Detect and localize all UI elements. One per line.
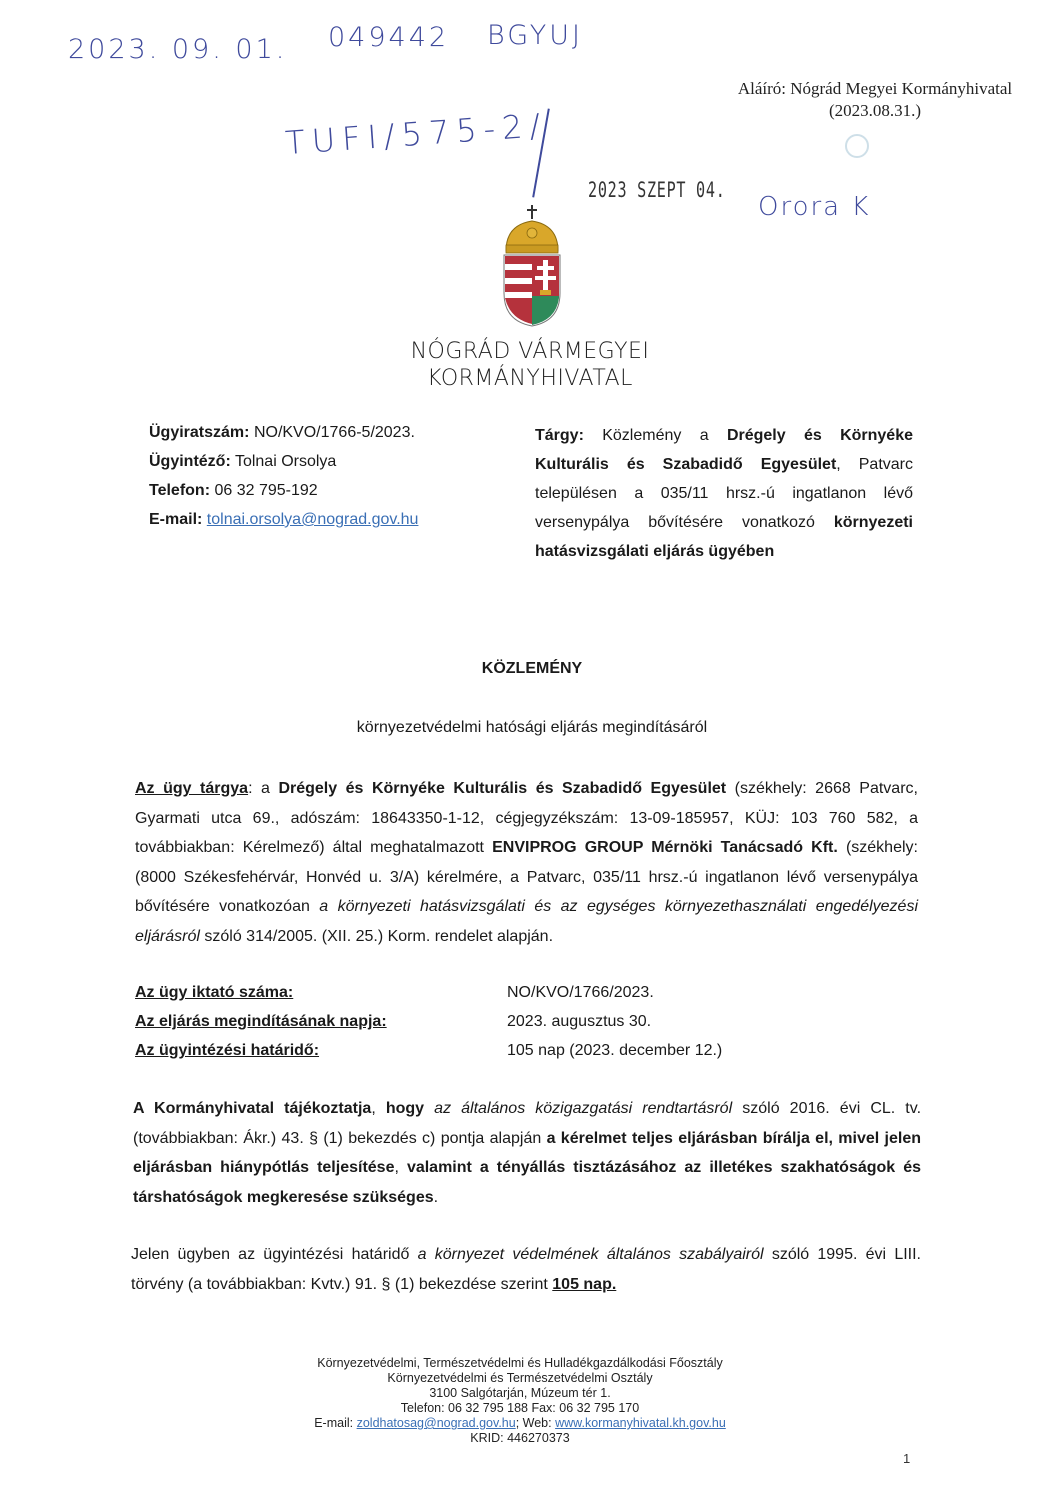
footer-krid: KRID: 446270373 bbox=[0, 1431, 1040, 1446]
handwritten-initials: Orora K bbox=[758, 192, 870, 222]
subject-text-1: Közlemény a bbox=[602, 427, 708, 444]
p2-law-title: az általános közigazgatási rendtartásról bbox=[434, 1100, 732, 1117]
case-number: NO/KVO/1766-5/2023. bbox=[254, 424, 415, 441]
p2-bold-1: A Kormányhivatal tájékoztatja bbox=[133, 1100, 371, 1117]
case-number-label: Ügyiratszám: bbox=[149, 424, 249, 441]
case-info-row: Az ügyintézési határidő: 105 nap (2023. … bbox=[135, 1036, 918, 1065]
p1-text-1: : a bbox=[248, 780, 270, 797]
phone-number: 06 32 795-192 bbox=[214, 482, 317, 499]
case-info-row: Az eljárás megindításának napja: 2023. a… bbox=[135, 1007, 918, 1036]
case-info-row: Az ügy iktató száma: NO/KVO/1766/2023. bbox=[135, 978, 918, 1007]
subject-block: Tárgy: Közlemény a Drégely és Környéke K… bbox=[535, 421, 913, 566]
footer-unit: Környezetvédelmi és Természetvédelmi Osz… bbox=[0, 1371, 1040, 1386]
case-info-value: 105 nap (2023. december 12.) bbox=[507, 1036, 722, 1065]
case-info-label: Az eljárás megindításának napja: bbox=[135, 1007, 507, 1036]
footer-department: Környezetvédelmi, Természetvédelmi és Hu… bbox=[0, 1356, 1040, 1371]
signer-date: (2023.08.31.) bbox=[715, 100, 1035, 122]
p3-text-1: Jelen ügyben az ügyintézési határidő bbox=[131, 1246, 409, 1263]
p2-text-3: , bbox=[394, 1159, 398, 1176]
case-subject-paragraph: Az ügy tárgya: a Drégely és Környéke Kul… bbox=[135, 774, 918, 951]
officer-label: Ügyintéző: bbox=[149, 453, 231, 470]
handwritten-date: 2023. 09. 01. bbox=[68, 34, 287, 65]
handwritten-reference: TUFI/575-2/ bbox=[284, 106, 548, 162]
footer-email-label: E-mail: bbox=[314, 1416, 353, 1430]
document-title: KÖZLEMÉNY bbox=[0, 660, 1058, 678]
signer-name: Aláíró: Nógrád Megyei Kormányhivatal bbox=[715, 78, 1035, 100]
email-label: E-mail: bbox=[149, 511, 202, 528]
p3-deadline: 105 nap. bbox=[552, 1276, 616, 1293]
deadline-paragraph: Jelen ügyben az ügyintézési határidő a k… bbox=[131, 1240, 921, 1299]
handwritten-code: BGYUJ bbox=[487, 20, 583, 51]
email-row: E-mail: tolnai.orsolya@nograd.gov.hu bbox=[149, 505, 509, 534]
signer-block: Aláíró: Nógrád Megyei Kormányhivatal (20… bbox=[715, 78, 1035, 122]
case-info-value: 2023. augusztus 30. bbox=[507, 1007, 651, 1036]
footer-web-link[interactable]: www.kormanyhivatal.kh.gov.hu bbox=[555, 1416, 726, 1430]
footer-web-label: ; Web: bbox=[516, 1416, 552, 1430]
handwritten-number: 049442 bbox=[328, 22, 449, 53]
seal-icon bbox=[845, 134, 869, 158]
footer-phone-fax: Telefon: 06 32 795 188 Fax: 06 32 795 17… bbox=[0, 1401, 1040, 1416]
p3-law-title: a környezet védelmének általános szabály… bbox=[418, 1246, 764, 1263]
case-subject-label: Az ügy tárgya bbox=[135, 780, 248, 797]
case-info-value: NO/KVO/1766/2023. bbox=[507, 978, 654, 1007]
phone-label: Telefon: bbox=[149, 482, 210, 499]
footer-contact: E-mail: zoldhatosag@nograd.gov.hu; Web: … bbox=[0, 1416, 1040, 1431]
p1-applicant: Drégely és Környéke Kulturális és Szabad… bbox=[278, 780, 726, 797]
p1-agent: ENVIPROG GROUP Mérnöki Tanácsadó Kft. bbox=[492, 839, 838, 856]
officer-row: Ügyintéző: Tolnai Orsolya bbox=[149, 447, 509, 476]
email-link[interactable]: tolnai.orsolya@nograd.gov.hu bbox=[207, 511, 419, 528]
footer-email-link[interactable]: zoldhatosag@nograd.gov.hu bbox=[357, 1416, 516, 1430]
case-info-table: Az ügy iktató száma: NO/KVO/1766/2023. A… bbox=[135, 978, 918, 1065]
p2-text-1: , bbox=[371, 1100, 375, 1117]
page-number: 1 bbox=[903, 1451, 910, 1466]
case-number-row: Ügyiratszám: NO/KVO/1766-5/2023. bbox=[149, 418, 509, 447]
footer: Környezetvédelmi, Természetvédelmi és Hu… bbox=[0, 1356, 1040, 1446]
case-meta: Ügyiratszám: NO/KVO/1766-5/2023. Ügyinté… bbox=[149, 418, 509, 534]
document-subtitle: környezetvédelmi hatósági eljárás megind… bbox=[0, 719, 1058, 737]
p1-text-4: szóló 314/2005. (XII. 25.) Korm. rendele… bbox=[204, 928, 553, 945]
phone-row: Telefon: 06 32 795-192 bbox=[149, 476, 509, 505]
p2-text-4: . bbox=[434, 1189, 438, 1206]
case-info-label: Az ügyintézési határidő: bbox=[135, 1036, 507, 1065]
p2-bold-2: hogy bbox=[386, 1100, 424, 1117]
subject-label: Tárgy: bbox=[535, 427, 584, 444]
procedure-info-paragraph: A Kormányhivatal tájékoztatja, hogy az á… bbox=[133, 1094, 921, 1212]
received-stamp: 2023 SZEPT 04. bbox=[588, 178, 726, 202]
officer-name: Tolnai Orsolya bbox=[235, 453, 336, 470]
organization-name: NÓGRÁD VÁRMEGYEI KORMÁNYHIVATAL bbox=[340, 338, 720, 392]
coat-of-arms-icon bbox=[500, 203, 564, 328]
footer-address: 3100 Salgótarján, Múzeum tér 1. bbox=[0, 1386, 1040, 1401]
org-line-2: KORMÁNYHIVATAL bbox=[340, 365, 720, 392]
case-info-label: Az ügy iktató száma: bbox=[135, 978, 507, 1007]
org-line-1: NÓGRÁD VÁRMEGYEI bbox=[340, 338, 720, 365]
